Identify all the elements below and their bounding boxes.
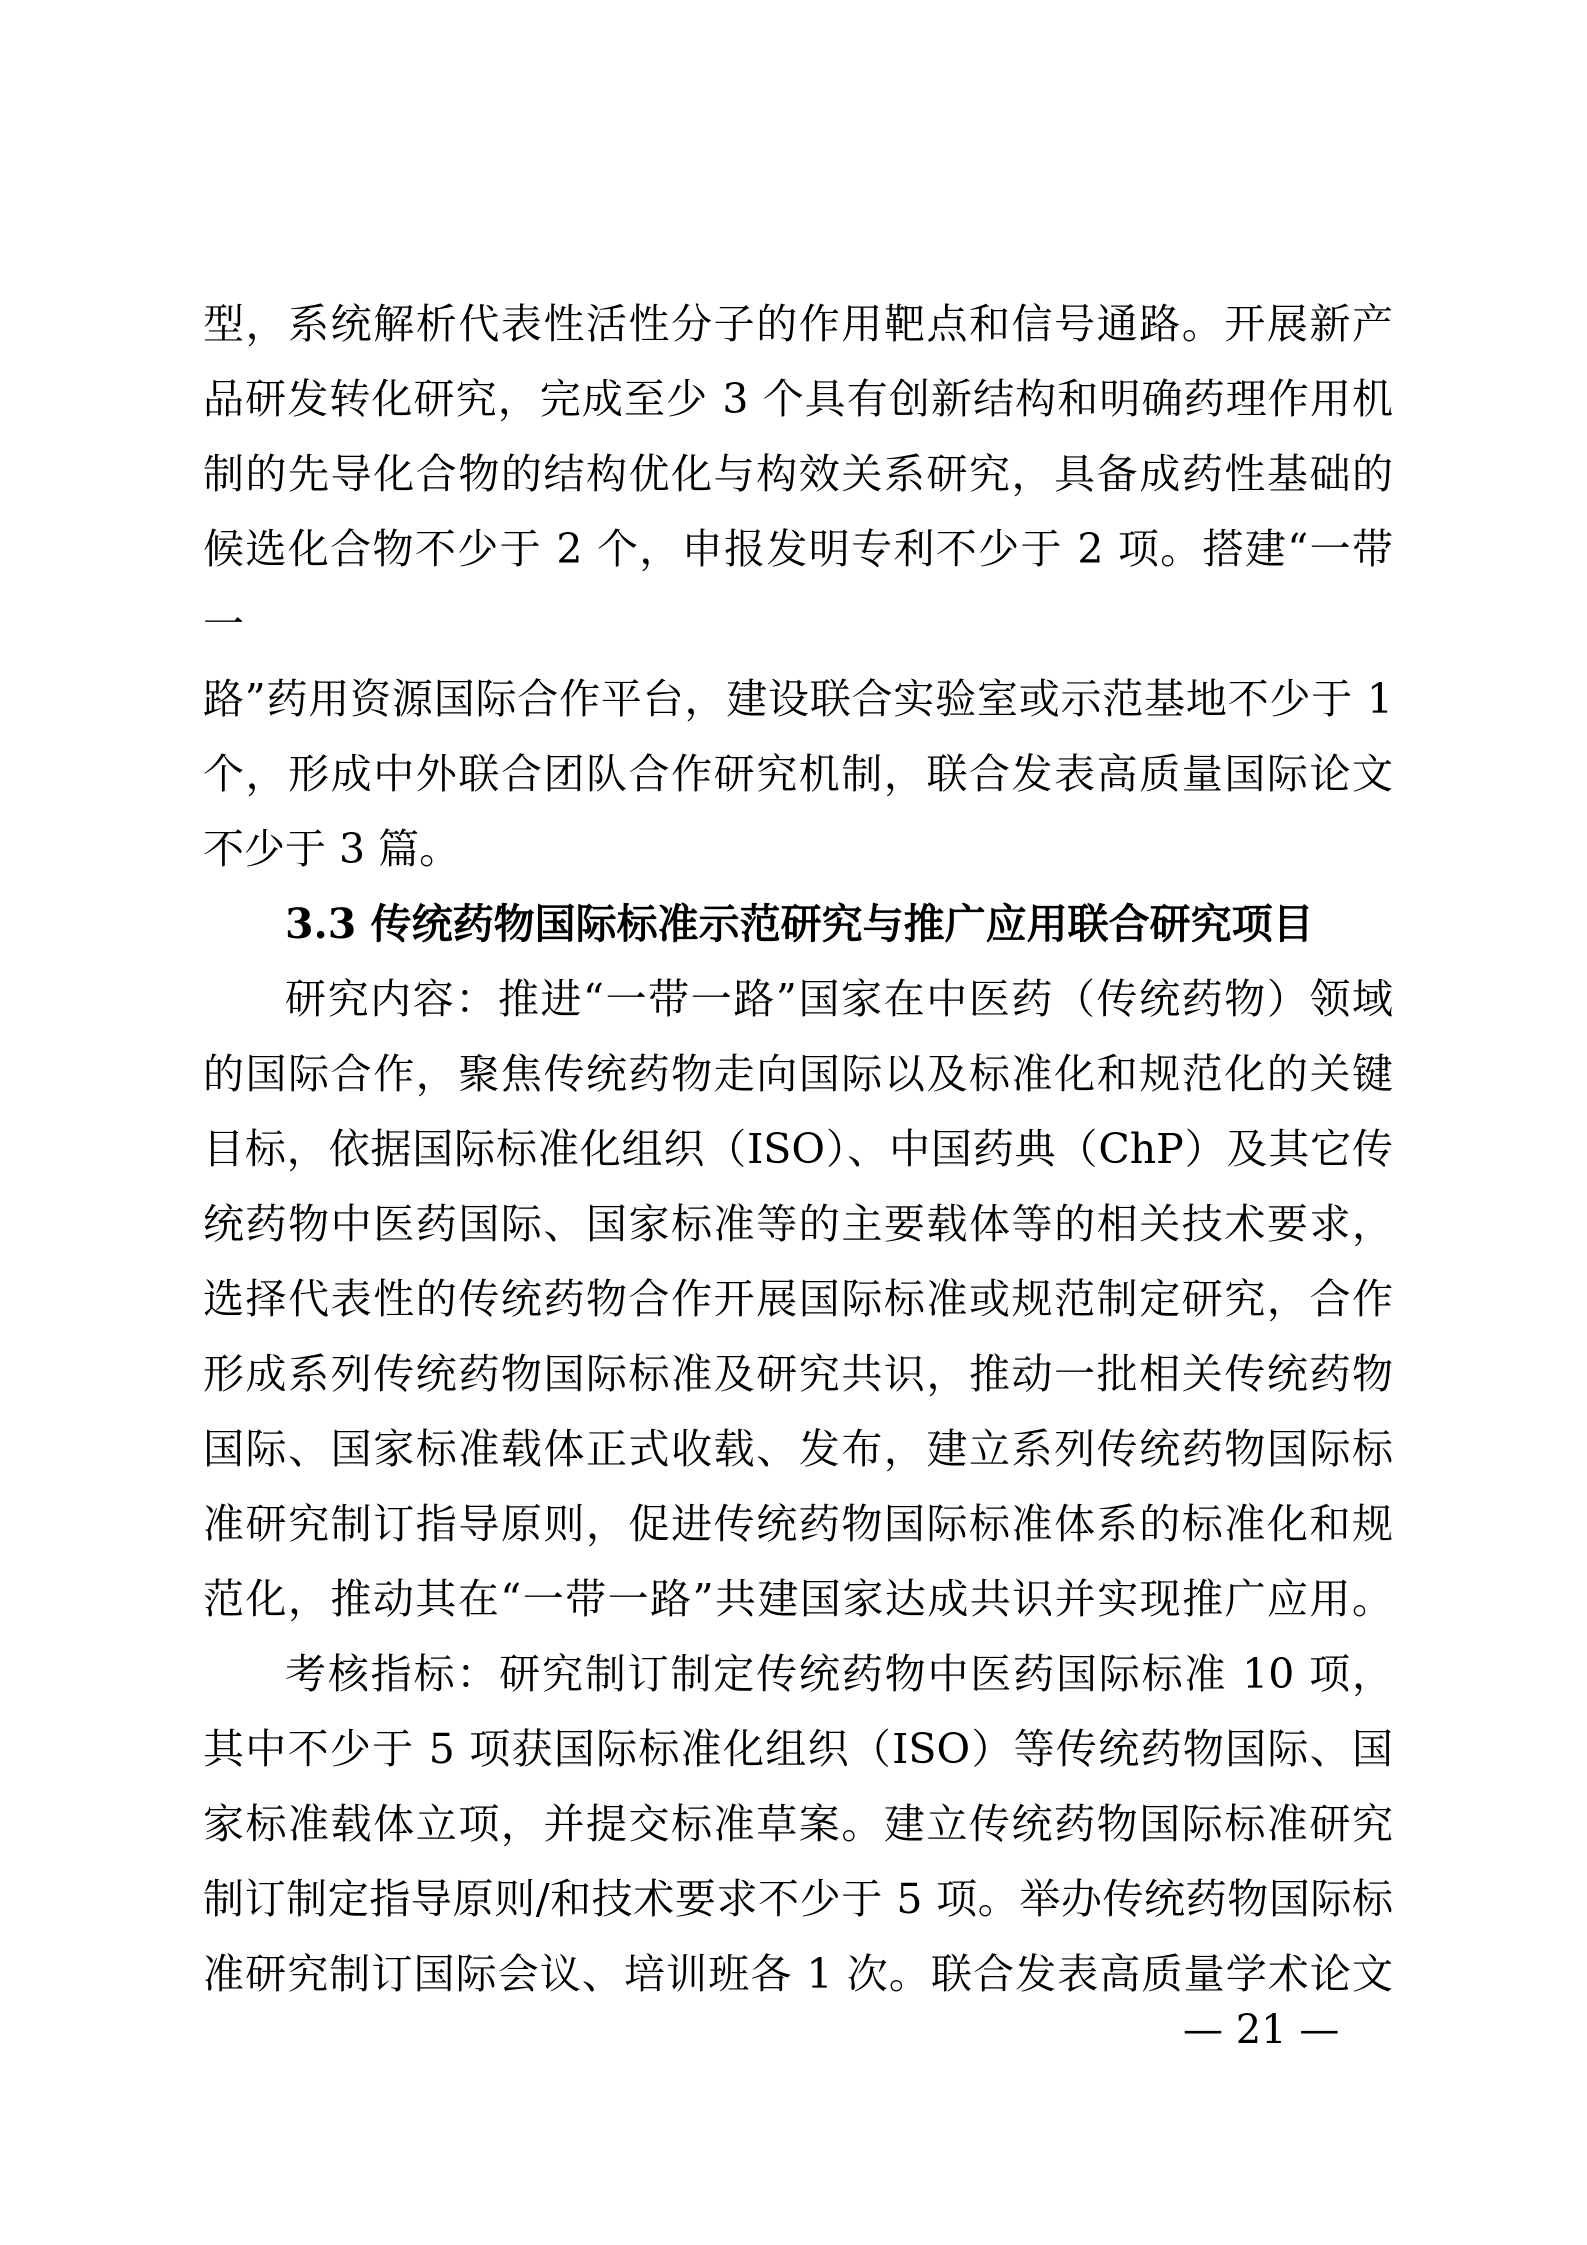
page-number: — 21 —	[1183, 2006, 1339, 2054]
text-line: 目标，依据国际标准化组织（ISO）、中国药典（ChP）及其它传	[203, 1112, 1393, 1187]
text-line: 家标准载体立项，并提交标准草案。建立传统药物国际标准研究	[203, 1787, 1393, 1862]
text-line: 考核指标：研究制订制定传统药物中医药国际标准 10 项，	[203, 1637, 1393, 1712]
document-page: 型，系统解析代表性活性分子的作用靶点和信号通路。开展新产 品研发转化研究，完成至…	[0, 0, 1587, 2245]
text-line: 不少于 3 篇。	[203, 812, 1393, 887]
text-line: 准研究制订国际会议、培训班各 1 次。联合发表高质量学术论文	[203, 1937, 1393, 2012]
text-line: 个，形成中外联合团队合作研究机制，联合发表高质量国际论文	[203, 737, 1393, 812]
text-line: 国际、国家标准载体正式收载、发布，建立系列传统药物国际标	[203, 1412, 1393, 1487]
text-line: 制的先导化合物的结构优化与构效关系研究，具备成药性基础的	[203, 437, 1393, 512]
text-line: 准研究制订指导原则，促进传统药物国际标准体系的标准化和规	[203, 1487, 1393, 1562]
text-line: 品研发转化研究，完成至少 3 个具有创新结构和明确药理作用机	[203, 362, 1393, 437]
text-line: 研究内容：推进“一带一路”国家在中医药（传统药物）领域	[203, 962, 1393, 1037]
text-line: 的国际合作，聚焦传统药物走向国际以及标准化和规范化的关键	[203, 1037, 1393, 1112]
document-body: 型，系统解析代表性活性分子的作用靶点和信号通路。开展新产 品研发转化研究，完成至…	[203, 287, 1393, 2012]
text-line: 形成系列传统药物国际标准及研究共识，推动一批相关传统药物	[203, 1337, 1393, 1412]
text-line: 统药物中医药国际、国家标准等的主要载体等的相关技术要求，	[203, 1187, 1393, 1262]
text-line: 范化，推动其在“一带一路”共建国家达成共识并实现推广应用。	[203, 1562, 1393, 1637]
section-heading-3-3: 3.3 传统药物国际标准示范研究与推广应用联合研究项目	[203, 887, 1393, 962]
text-line: 其中不少于 5 项获国际标准化组织（ISO）等传统药物国际、国	[203, 1712, 1393, 1787]
text-line: 选择代表性的传统药物合作开展国际标准或规范制定研究，合作	[203, 1262, 1393, 1337]
text-line: 制订制定指导原则/和技术要求不少于 5 项。举办传统药物国际标	[203, 1862, 1393, 1937]
text-line: 型，系统解析代表性活性分子的作用靶点和信号通路。开展新产	[203, 287, 1393, 362]
text-line: 候选化合物不少于 2 个，申报发明专利不少于 2 项。搭建“一带一	[203, 512, 1393, 662]
text-line: 路”药用资源国际合作平台，建设联合实验室或示范基地不少于 1	[203, 662, 1393, 737]
